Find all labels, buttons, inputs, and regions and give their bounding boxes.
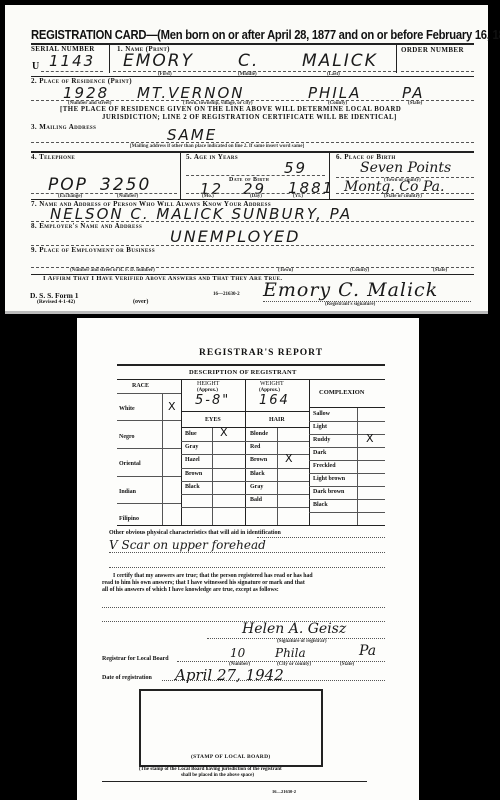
form-revised: (Revised 4-1-42): [37, 299, 75, 305]
hair-brown: Brown: [250, 457, 267, 463]
stamp-label: (STAMP OF LOCAL BOARD): [191, 754, 270, 760]
local-board-stamp-area: (STAMP OF LOCAL BOARD): [139, 689, 323, 767]
jurisdiction-note-2: JURISDICTION; LINE 2 OF REGISTRATION CER…: [102, 114, 397, 121]
hair-brown-mark: X: [285, 452, 293, 465]
mailing-address-label: 3. Mailing Address: [31, 123, 96, 131]
complexion-freckled: Freckled: [313, 463, 336, 469]
middle-name: C.: [238, 51, 259, 71]
divider: [31, 43, 474, 45]
complexion-light-brown: Light brown: [313, 476, 345, 482]
report-title: REGISTRAR'S REPORT: [199, 348, 323, 358]
jurisdiction-note-1: [THE PLACE OF RESIDENCE GIVEN ON THE LIN…: [60, 106, 401, 113]
registrars-report-card: REGISTRAR'S REPORT DESCRIPTION OF REGIST…: [77, 318, 419, 800]
other-characteristics-label: Other obvious physical characteristics t…: [109, 530, 281, 536]
hair-red: Red: [250, 444, 260, 450]
complexion-header: COMPLEXION: [319, 389, 365, 396]
last-name: MALICK: [302, 51, 378, 71]
age-label: 5. Age in Years: [186, 153, 238, 161]
serial-prefix: U: [32, 61, 39, 72]
eyes-header: EYES: [205, 417, 221, 423]
telephone-exchange: POP: [48, 175, 88, 195]
other-characteristics-value: V Scar on upper forehead: [109, 538, 266, 552]
date-of-registration-label: Date of registration: [102, 675, 152, 681]
certify-line-3: all of his answers of which I have knowl…: [102, 587, 279, 595]
registration-card-front: REGISTRATION CARD—(Men born on or after …: [5, 5, 488, 314]
race-indian: Indian: [119, 489, 136, 495]
telephone-number: 3250: [100, 175, 151, 195]
employer-label: 8. Employer's Name and Address: [31, 222, 142, 230]
serial-number-value: 1143: [49, 52, 95, 70]
hair-black: Black: [250, 471, 265, 477]
eyes-brown: Brown: [185, 471, 202, 477]
race-white-mark: X: [168, 400, 176, 413]
local-board-state: Pa: [359, 643, 376, 659]
hair-header: HAIR: [269, 417, 285, 423]
eyes-black: Black: [185, 484, 200, 490]
registrar-signature: Helen A. Geisz: [242, 621, 346, 637]
first-name: EMORY: [123, 51, 194, 71]
weight-value: 164: [259, 393, 290, 408]
complexion-dark-brown: Dark brown: [313, 489, 344, 495]
weight-header: WEIGHT: [260, 381, 284, 387]
race-filipino: Filipino: [119, 516, 139, 522]
height-value: 5-8": [195, 393, 230, 408]
race-oriental: Oriental: [119, 461, 141, 467]
complexion-light: Light: [313, 424, 327, 430]
stamp-note-2: shall be placed in the above space): [181, 773, 254, 778]
hair-bald: Bald: [250, 497, 262, 503]
card-title: REGISTRATION CARD—(Men born on or after …: [31, 28, 500, 42]
telephone-label: 4. Telephone: [31, 153, 75, 161]
complexion-dark: Dark: [313, 450, 326, 456]
print-code: 16—21630-2: [213, 292, 240, 297]
print-code-bottom: 16—21630-2: [272, 789, 296, 794]
local-board-label: Registrar for Local Board: [102, 656, 169, 662]
place-of-employment-label: 9. Place of Employment or Business: [31, 246, 155, 254]
complexion-ruddy: Ruddy: [313, 437, 330, 443]
eyes-blue: Blue: [185, 431, 197, 437]
local-board-number: 10: [230, 646, 245, 660]
complexion-ruddy-mark: X: [366, 432, 374, 445]
hair-blonde: Blonde: [250, 431, 268, 437]
eyes-hazel: Hazel: [185, 457, 200, 463]
hair-gray: Gray: [250, 484, 263, 490]
description-subtitle: DESCRIPTION OF REGISTRANT: [189, 369, 297, 376]
race-header: RACE: [132, 383, 149, 389]
local-board-city: Phila: [275, 646, 306, 660]
employer-value: UNEMPLOYED: [170, 227, 300, 246]
birthplace-town: Seven Points: [360, 160, 451, 176]
over-note: (over): [133, 299, 148, 305]
race-white: White: [119, 406, 135, 412]
race-negro: Negro: [119, 434, 135, 440]
affirmation-text: I Affirm That I Have Verified Above Answ…: [43, 275, 282, 282]
date-of-registration-value: April 27, 1942: [175, 666, 284, 684]
height-header: HEIGHT: [197, 381, 219, 387]
registrant-signature: Emory C. Malick: [263, 279, 438, 301]
description-table: RACE HEIGHT (Approx.) WEIGHT (Approx.) C…: [117, 379, 385, 526]
eyes-blue-mark: X: [220, 426, 228, 439]
complexion-sallow: Sallow: [313, 411, 330, 417]
stamp-note-1: (The stamp of the Local Board having jur…: [139, 767, 282, 772]
complexion-black: Black: [313, 502, 328, 508]
order-number-label: ORDER NUMBER: [401, 46, 464, 54]
eyes-gray: Gray: [185, 444, 198, 450]
